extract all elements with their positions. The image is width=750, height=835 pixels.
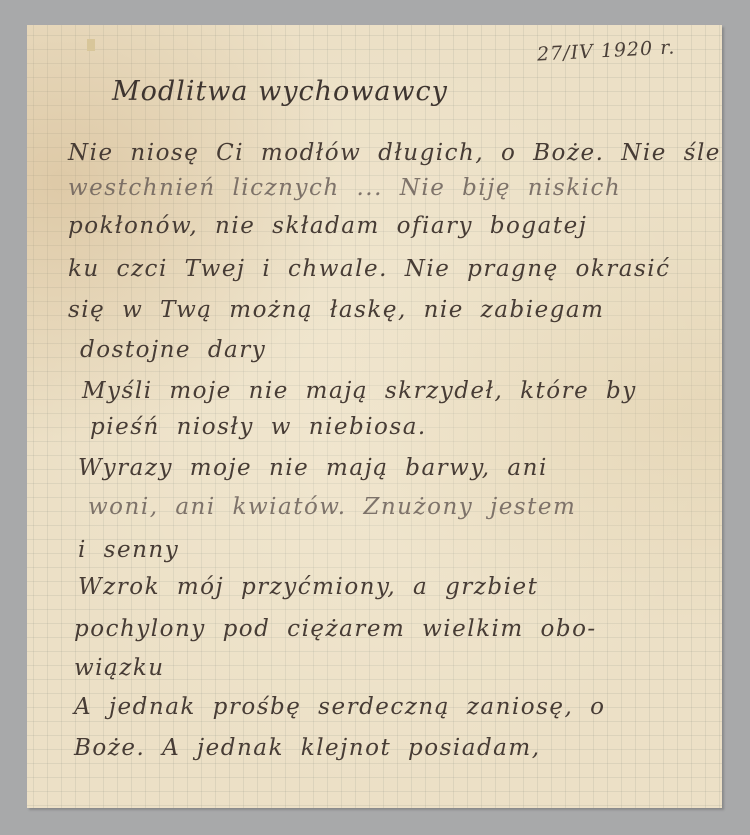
text-line: A jednak prośbę serdeczną zaniosę, o: [74, 694, 605, 720]
document-title: Modlitwa wychowawcy: [112, 76, 448, 107]
text-line: westchnień licznych ... Nie biję niskich: [68, 175, 621, 201]
text-line: wiązku: [74, 655, 165, 681]
text-line: się w Twą możną łaskę, nie zabiegam: [68, 297, 604, 323]
text-line: Wyrazy moje nie mają barwy, ani: [78, 455, 548, 481]
text-line: pokłonów, nie składam ofiary bogatej: [68, 213, 587, 239]
text-line: pochylony pod ciężarem wielkim obo-: [74, 616, 597, 642]
text-line: woni, ani kwiatów. Znużony jestem: [88, 494, 576, 520]
text-line: Myśli moje nie mają skrzydeł, które by: [82, 378, 637, 404]
text-line: Nie niosę Ci modłów długich, o Boże. Nie…: [68, 140, 721, 166]
text-line: dostojne dary: [80, 337, 266, 363]
text-line: pieśń niosły w niebiosa.: [90, 414, 427, 440]
text-line: ku czci Twej i chwale. Nie pragnę okrasi…: [68, 256, 671, 282]
tape-mark: [87, 39, 95, 51]
text-line: Boże. A jednak klejnot posiadam,: [74, 735, 541, 761]
text-line: Wzrok mój przyćmiony, a grzbiet: [78, 574, 538, 600]
text-line: i senny: [78, 537, 179, 563]
